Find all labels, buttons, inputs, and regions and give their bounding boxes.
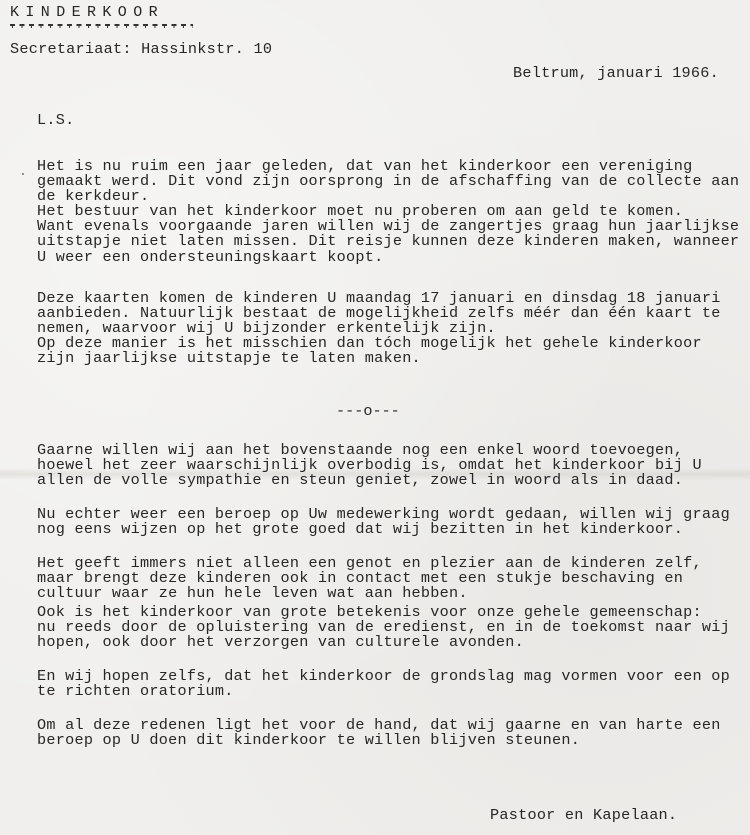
text-line: zijn jaarlijkse uitstapje te laten maken… xyxy=(37,351,721,366)
paragraph-5: Het geeft immers niet alleen een genot e… xyxy=(37,556,702,601)
ink-speck xyxy=(22,173,24,175)
text-line: nog eens wijzen op het grote goed dat wi… xyxy=(37,522,730,537)
paragraph-1: Het is nu ruim een jaar geleden, dat van… xyxy=(37,159,739,265)
paragraph-7: En wij hopen zelfs, dat het kinderkoor d… xyxy=(37,669,730,699)
text-line: U weer een ondersteuningskaart koopt. xyxy=(37,250,739,265)
text-line: cultuur waar ze hun hele leven wat aan h… xyxy=(37,586,702,601)
letterhead-underline-ticks xyxy=(12,26,193,28)
salutation: L.S. xyxy=(37,113,74,128)
paragraph-4: Nu echter weer een beroep op Uw medewerk… xyxy=(37,507,730,537)
signature: Pastoor en Kapelaan. xyxy=(490,808,677,823)
section-separator: ---o--- xyxy=(336,404,400,419)
letter-page: KINDERKOOR Secretariaat: Hassinkstr. 10 … xyxy=(0,0,750,835)
letterhead-title: KINDERKOOR xyxy=(10,5,164,20)
paragraph-3: Gaarne willen wij aan het bovenstaande n… xyxy=(37,443,702,488)
text-line: te richten oratorium. xyxy=(37,684,730,699)
secretariaat-address: Secretariaat: Hassinkstr. 10 xyxy=(10,42,272,57)
paragraph-8: Om al deze redenen ligt het voor de hand… xyxy=(37,718,721,748)
paragraph-2: Deze kaarten komen de kinderen U maandag… xyxy=(37,291,721,366)
text-line: allen de volle sympathie en steun geniet… xyxy=(37,473,702,488)
text-line: hopen, ook door het verzorgen van cultur… xyxy=(37,635,730,650)
paragraph-6: Ook is het kinderkoor van grote betekeni… xyxy=(37,605,730,650)
text-line: beroep op U doen dit kinderkoor te wille… xyxy=(37,733,721,748)
place-and-date: Beltrum, januari 1966. xyxy=(513,66,719,81)
